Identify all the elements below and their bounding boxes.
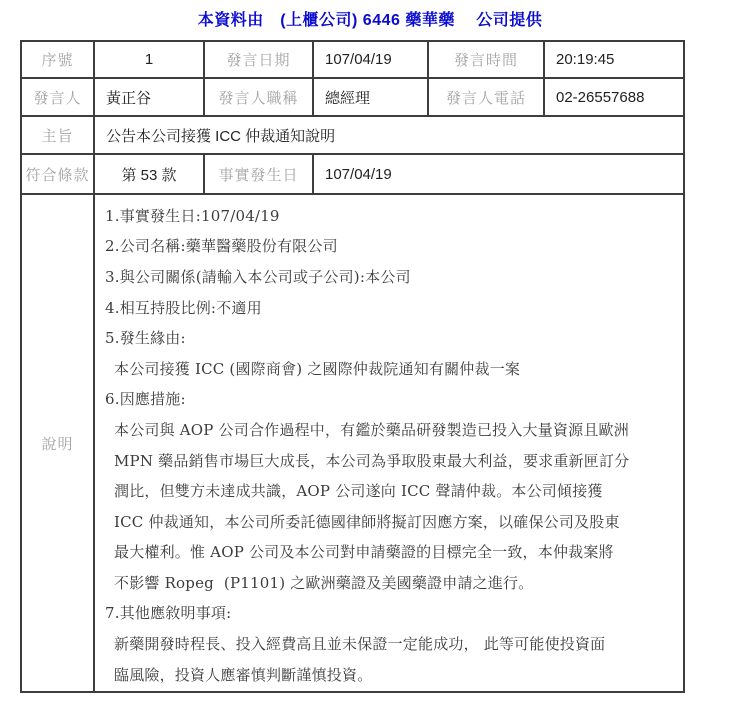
description-line: MPN 藥品銷售市場巨大成長，本公司為爭取股東最大利益，要求重新匣訂分 — [105, 446, 677, 477]
description-line: 本公司接獲 ICC (國際商會) 之國際仲裁院通知有關仲裁一案 — [105, 354, 677, 385]
description-line: 本公司與 AOP 公司合作過程中，有鑑於藥品研發製造已投入大量資源且歐洲 — [105, 415, 677, 446]
description-label: 說明 — [21, 194, 94, 692]
spokesman-label: 發言人 — [21, 78, 94, 116]
spokesman-value: 黃正谷 — [94, 78, 204, 116]
description-line: 7.其他應敘明事項: — [105, 598, 677, 629]
fact-date-value: 107/04/19 — [313, 154, 684, 194]
seq-label: 序號 — [21, 41, 94, 78]
description-line: 不影響 Ropeg (P1101) 之歐洲藥證及美國藥證申請之進行。 — [105, 568, 677, 599]
fact-date-label: 事實發生日 — [204, 154, 313, 194]
table-row: 主旨 公告本公司接獲 ICC 仲裁通知說明 — [21, 116, 684, 154]
announcement-page: 本資料由 (上櫃公司) 6446 藥華藥 公司提供 序號 1 發言日期 107/… — [0, 0, 740, 706]
description-content: 1.事實發生日:107/04/192.公司名稱:藥華醫藥股份有限公司3.與公司關… — [94, 194, 684, 692]
description-line: 6.因應措施: — [105, 384, 677, 415]
spokesman-title-value: 總經理 — [313, 78, 428, 116]
announce-time-value: 20:19:45 — [544, 41, 684, 78]
clause-label: 符合條款 — [21, 154, 94, 194]
description-line: 5.發生緣由: — [105, 323, 677, 354]
description-line: 潤比，但雙方未達成共識，AOP 公司遂向 ICC 聲請仲裁。本公司傾接獲 — [105, 476, 677, 507]
description-line: 最大權利。惟 AOP 公司及本公司對申請藥證的目標完全一致，本仲裁案將 — [105, 537, 677, 568]
page-title: 本資料由 (上櫃公司) 6446 藥華藥 公司提供 — [0, 7, 740, 30]
description-line: 新藥開發時程長、投入經費高且並未保證一定能成功， 此等可能使投資面 — [105, 629, 677, 660]
description-line: 臨風險，投資人應審慎判斷謹慎投資。 — [105, 660, 677, 691]
table-row: 符合條款 第 53 款 事實發生日 107/04/19 — [21, 154, 684, 194]
description-line: 3.與公司關係(請輸入本公司或子公司):本公司 — [105, 262, 677, 293]
announcement-table: 序號 1 發言日期 107/04/19 發言時間 20:19:45 發言人 黃正… — [20, 40, 685, 693]
announce-time-label: 發言時間 — [428, 41, 544, 78]
spokesman-phone-value: 02-26557688 — [544, 78, 684, 116]
announce-date-label: 發言日期 — [204, 41, 313, 78]
clause-value: 第 53 款 — [94, 154, 204, 194]
seq-value: 1 — [94, 41, 204, 78]
description-lines: 1.事實發生日:107/04/192.公司名稱:藥華醫藥股份有限公司3.與公司關… — [105, 201, 677, 691]
subject-label: 主旨 — [21, 116, 94, 154]
description-line: 1.事實發生日:107/04/19 — [105, 201, 677, 232]
description-line: ICC 仲裁通知，本公司所委託德國律師將擬訂因應方案，以確保公司及股東 — [105, 507, 677, 538]
announce-date-value: 107/04/19 — [313, 41, 428, 78]
description-line: 2.公司名稱:藥華醫藥股份有限公司 — [105, 231, 677, 262]
subject-value: 公告本公司接獲 ICC 仲裁通知說明 — [94, 116, 684, 154]
description-line: 4.相互持股比例:不適用 — [105, 293, 677, 324]
table-row: 說明 1.事實發生日:107/04/192.公司名稱:藥華醫藥股份有限公司3.與… — [21, 194, 684, 692]
spokesman-title-label: 發言人職稱 — [204, 78, 313, 116]
table-row: 序號 1 發言日期 107/04/19 發言時間 20:19:45 — [21, 41, 684, 78]
table-row: 發言人 黃正谷 發言人職稱 總經理 發言人電話 02-26557688 — [21, 78, 684, 116]
spokesman-phone-label: 發言人電話 — [428, 78, 544, 116]
